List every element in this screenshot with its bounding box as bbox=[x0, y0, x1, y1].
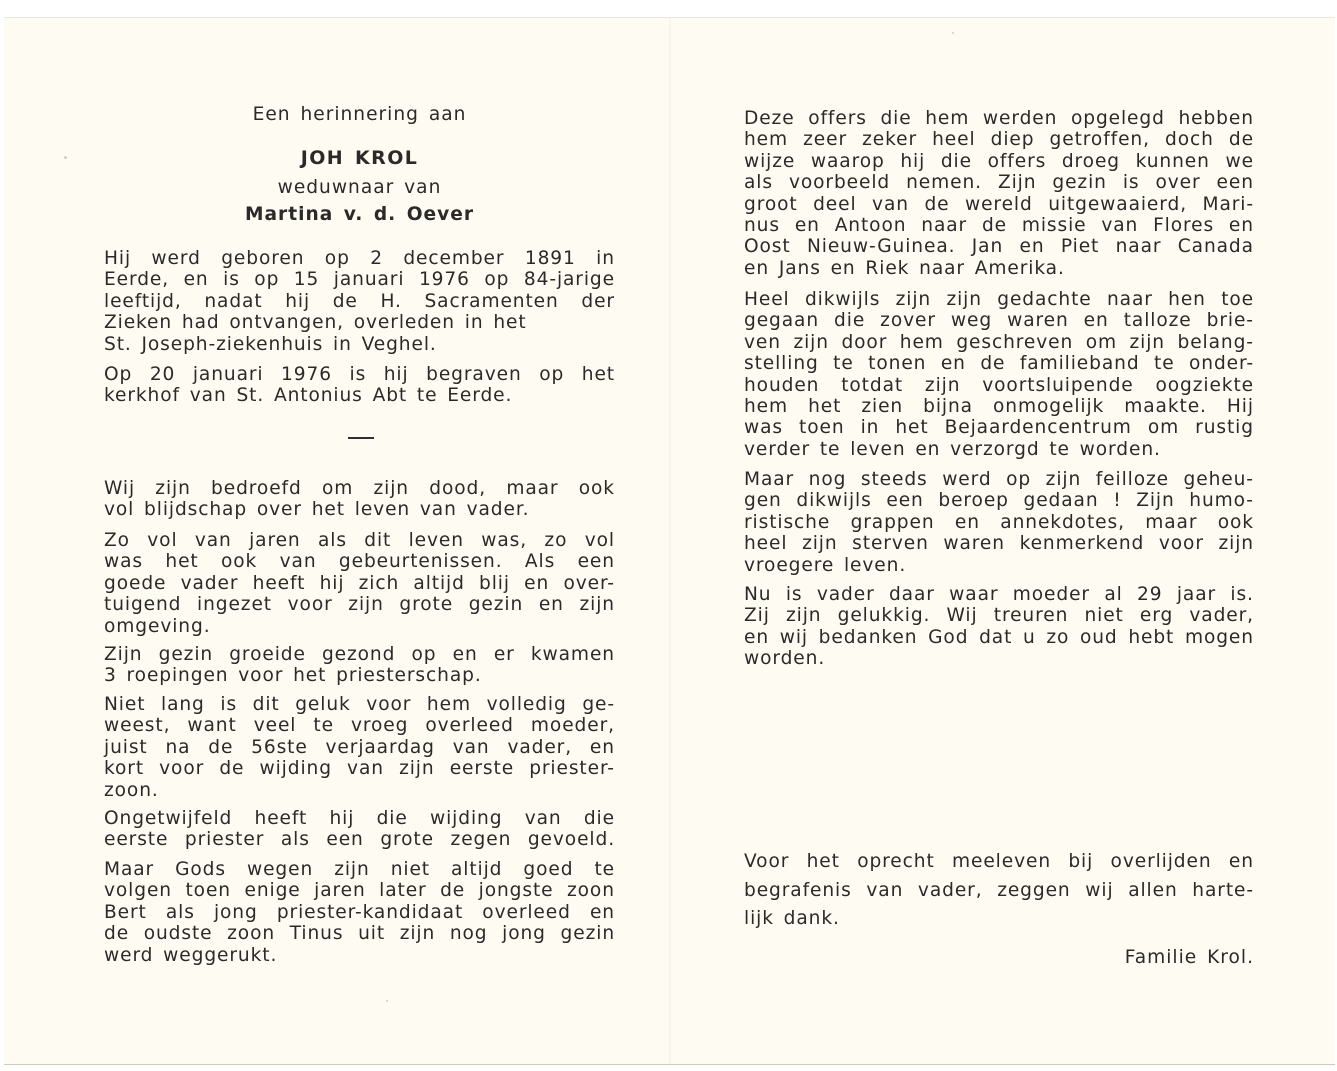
word: het bbox=[165, 551, 198, 572]
word: u bbox=[1023, 627, 1036, 648]
text-line: Voorhetoprechtmeelevenbijoverlijdenen bbox=[744, 848, 1254, 877]
word: over bbox=[1155, 172, 1200, 193]
word: hij bbox=[285, 291, 310, 312]
word: 29 bbox=[1137, 584, 1162, 605]
word: te bbox=[1154, 353, 1175, 374]
word: 84-jarige bbox=[524, 269, 615, 290]
text-line: verder te leven en verzorgd te worden. bbox=[744, 439, 1254, 460]
word: zeggen bbox=[997, 877, 1070, 906]
text-line: venzijndoorhemgeschrevenomzijnbelang- bbox=[744, 332, 1254, 353]
word: sterven bbox=[852, 533, 929, 554]
text-line: volgentoenenigejarenlaterdejongstezoon bbox=[104, 880, 615, 901]
word: altijd bbox=[451, 859, 502, 880]
word: gezin bbox=[561, 923, 615, 944]
word: diep bbox=[991, 129, 1035, 150]
text-line: stellingtetonenendefamiliebandteonder- bbox=[744, 353, 1254, 374]
word: gedaan bbox=[1024, 490, 1099, 511]
word: en bbox=[941, 353, 966, 374]
word: toen bbox=[185, 880, 231, 901]
word: voor bbox=[288, 594, 333, 615]
word: en bbox=[1020, 236, 1045, 257]
text-line: leeftijd,nadathijdeH.Sacramentender bbox=[104, 291, 615, 312]
word: zich bbox=[359, 573, 400, 594]
word: hebben bbox=[1178, 108, 1253, 129]
word: als bbox=[744, 172, 773, 193]
word: houden bbox=[744, 375, 819, 396]
word: zijn bbox=[786, 605, 821, 626]
word: dikwijls bbox=[796, 490, 871, 511]
word: de bbox=[982, 215, 1007, 236]
word: kenmerkend bbox=[1020, 533, 1145, 554]
word: en bbox=[453, 644, 478, 665]
word: zegen bbox=[451, 829, 512, 850]
word: om bbox=[322, 478, 353, 499]
word: Als bbox=[525, 551, 555, 572]
word: en bbox=[955, 512, 980, 533]
word: jongste bbox=[479, 880, 554, 901]
word: voorbeeld bbox=[789, 172, 890, 193]
word: treuren bbox=[994, 605, 1069, 626]
word: hij bbox=[900, 151, 925, 172]
word: volledig bbox=[487, 694, 567, 715]
word: zover bbox=[880, 310, 936, 331]
word: oogziekte bbox=[1155, 375, 1254, 396]
word: nus bbox=[744, 215, 780, 236]
word: de bbox=[1229, 129, 1254, 150]
word: bedanken bbox=[819, 627, 918, 648]
word: onder- bbox=[1189, 353, 1254, 374]
word: geheu- bbox=[1184, 469, 1254, 490]
word: de bbox=[219, 758, 244, 779]
text-line: tuigendingezetvoorzijngrotegezinenzijn bbox=[104, 594, 615, 615]
word: zijn bbox=[1130, 332, 1165, 353]
word: Hij bbox=[104, 248, 131, 269]
text-line: worden. bbox=[744, 648, 1254, 669]
word: Bejaardencentrum bbox=[945, 417, 1132, 438]
word: zijn bbox=[348, 594, 383, 615]
text-line: heelzijnstervenwarenkenmerkendvoorzijn bbox=[744, 533, 1254, 554]
thanks-paragraph: Voorhetoprechtmeelevenbijoverlijdenenbeg… bbox=[744, 848, 1254, 934]
word: zijn bbox=[896, 289, 931, 310]
word: hem bbox=[744, 396, 788, 417]
word: 20 bbox=[150, 364, 175, 385]
word: Antoon bbox=[835, 215, 907, 236]
text-line: gendikwijlseenberoepgedaan!Zijnhumo- bbox=[744, 490, 1254, 511]
full-life-paragraph: Zovolvanjarenalsditlevenwas,zovolwasheto… bbox=[104, 530, 615, 637]
word: vol bbox=[147, 530, 177, 551]
text-line: hemzeerzekerheeldiepgetroffen,dochde bbox=[744, 129, 1254, 150]
word: weg bbox=[951, 310, 992, 331]
word: wereld bbox=[965, 194, 1033, 215]
text-line: OostNieuw-Guinea.JanenPietnaarCanada bbox=[744, 236, 1254, 257]
word: zijn bbox=[334, 859, 369, 880]
word: Niet bbox=[104, 694, 145, 715]
word: Piet bbox=[1061, 236, 1099, 257]
word: goed bbox=[523, 859, 573, 880]
word: bedroefd bbox=[211, 478, 302, 499]
word: Eerde, bbox=[104, 269, 169, 290]
word: een bbox=[326, 829, 363, 850]
word: later bbox=[379, 880, 426, 901]
word: nadat bbox=[204, 291, 262, 312]
word: geluk bbox=[295, 694, 350, 715]
word: het bbox=[808, 396, 841, 417]
word: dat bbox=[979, 627, 1012, 648]
text-line: St. Joseph-ziekenhuis in Veghel. bbox=[104, 334, 615, 355]
word: wegen bbox=[247, 859, 313, 880]
word: geboren bbox=[221, 248, 304, 269]
word: maar bbox=[506, 478, 558, 499]
word: vader bbox=[181, 573, 239, 594]
word: 1891 bbox=[525, 248, 576, 269]
word: hem bbox=[925, 108, 969, 129]
word: talloze bbox=[1124, 310, 1192, 331]
word: die bbox=[377, 808, 408, 829]
word: voortsluipende bbox=[982, 375, 1133, 396]
text-line: weest,wantveeltevroegoverleedmoeder, bbox=[104, 715, 615, 736]
word: humo- bbox=[1189, 490, 1254, 511]
family-signature: Familie Krol. bbox=[1125, 947, 1254, 968]
word: zijn bbox=[1219, 533, 1254, 554]
word: wijding bbox=[430, 808, 502, 829]
word: hij bbox=[384, 364, 409, 385]
word: enige bbox=[244, 880, 300, 901]
word: de bbox=[924, 194, 949, 215]
word: kunnen bbox=[1136, 151, 1210, 172]
paper-speck bbox=[952, 32, 954, 34]
word: waren bbox=[943, 533, 1005, 554]
text-line: enwijbedankenGoddatuzooudhebtmogen bbox=[744, 627, 1254, 648]
word: priester bbox=[185, 829, 264, 850]
word: wijze bbox=[744, 151, 795, 172]
word: der bbox=[581, 291, 615, 312]
word: vader, bbox=[1189, 605, 1254, 626]
word: is. bbox=[1230, 584, 1253, 605]
word: werd bbox=[942, 469, 991, 490]
text-line: omgeving. bbox=[104, 616, 615, 637]
text-line: Zovolvanjarenalsditlevenwas,zovol bbox=[104, 530, 615, 551]
word: 1976 bbox=[419, 269, 470, 290]
word: Hij bbox=[1227, 396, 1254, 417]
word: om bbox=[1148, 417, 1179, 438]
word: die bbox=[941, 151, 972, 172]
word: veel bbox=[254, 715, 297, 736]
word: gezin bbox=[1052, 172, 1106, 193]
text-line: grootdeelvandewerelduitgewaaierd,Mari- bbox=[744, 194, 1254, 215]
word: en bbox=[744, 627, 769, 648]
text-line: werd weggerukt. bbox=[104, 945, 615, 966]
mother-death-paragraph: Nietlangisditgelukvoorhemvolledigge-wees… bbox=[104, 694, 615, 801]
word: nog bbox=[450, 923, 488, 944]
word: van bbox=[1101, 215, 1138, 236]
word: en bbox=[539, 594, 564, 615]
text-line: 3 roepingen voor het priesterschap. bbox=[104, 665, 615, 686]
word: groeide bbox=[229, 644, 306, 665]
word: zeker bbox=[862, 129, 917, 150]
word: ge- bbox=[582, 694, 615, 715]
text-line: juistnade56steverjaardagvanvader,en bbox=[104, 737, 615, 758]
word: kort bbox=[104, 758, 144, 779]
text-line: houdentotdatzijnvoortsluipendeoogziekte bbox=[744, 375, 1254, 396]
word: Nu bbox=[744, 584, 772, 605]
word: Voor bbox=[744, 848, 789, 877]
word: zijn bbox=[374, 478, 409, 499]
word: van bbox=[872, 194, 909, 215]
word: tonen bbox=[868, 353, 926, 374]
word: bij bbox=[1068, 848, 1093, 877]
word: er bbox=[494, 644, 515, 665]
word: moeder bbox=[1013, 584, 1090, 605]
word: zijn bbox=[925, 375, 960, 396]
word: dit bbox=[364, 530, 391, 551]
word: en bbox=[1084, 310, 1109, 331]
word: op bbox=[411, 644, 436, 665]
word: grote bbox=[399, 594, 453, 615]
word: Canada bbox=[1178, 236, 1254, 257]
word: Mari- bbox=[1203, 194, 1254, 215]
word: wijding bbox=[260, 758, 332, 779]
word: waarop bbox=[811, 151, 885, 172]
word: priester-kandidaat bbox=[277, 902, 463, 923]
word: Zijn bbox=[998, 172, 1036, 193]
word: zijn bbox=[793, 332, 828, 353]
word: januari bbox=[193, 364, 264, 385]
word: God bbox=[928, 627, 968, 648]
word: Oost bbox=[744, 236, 791, 257]
word: over- bbox=[563, 573, 614, 594]
burial-paragraph: Op20januari1976ishijbegravenophetkerkhof… bbox=[104, 364, 615, 407]
word: die bbox=[880, 108, 911, 129]
word: heeft bbox=[255, 808, 308, 829]
word: wij bbox=[1085, 877, 1113, 906]
word: Wij bbox=[104, 478, 135, 499]
word: leeftijd, bbox=[104, 291, 182, 312]
word: Zo bbox=[104, 530, 130, 551]
word: oprecht bbox=[857, 848, 934, 877]
word: grappen bbox=[851, 512, 935, 533]
word: naar bbox=[1107, 289, 1153, 310]
word: maakte. bbox=[1124, 396, 1207, 417]
word: begraven bbox=[426, 364, 522, 385]
word: januari bbox=[334, 269, 405, 290]
word: een bbox=[1217, 172, 1254, 193]
text-line: Nietlangisditgelukvoorhemvolledigge- bbox=[104, 694, 615, 715]
word: Op bbox=[104, 364, 132, 385]
word: zoon bbox=[567, 880, 615, 901]
word: heeft bbox=[253, 573, 306, 594]
word: moeder, bbox=[531, 715, 615, 736]
word: 15 bbox=[294, 269, 319, 290]
word: toen bbox=[799, 417, 845, 438]
word: de bbox=[980, 353, 1005, 374]
word: Maar bbox=[744, 469, 794, 490]
word: een bbox=[886, 490, 923, 511]
word: vader, bbox=[918, 877, 983, 906]
word: offers bbox=[808, 108, 867, 129]
word: gezin bbox=[469, 594, 523, 615]
text-line: begrafenisvanvader,zeggenwijallenharte- bbox=[744, 877, 1254, 906]
word: jaren bbox=[249, 530, 301, 551]
text-line: MaarGodswegenzijnnietaltijdgoedte bbox=[104, 859, 615, 880]
word: al bbox=[1104, 584, 1122, 605]
word: zo bbox=[544, 530, 567, 551]
word: zo bbox=[1046, 627, 1069, 648]
text-line: Bertalsjongpriester-kandidaatoverleeden bbox=[104, 902, 615, 923]
word: Sacramenten bbox=[424, 291, 558, 312]
word: voor bbox=[159, 758, 204, 779]
word: Nieuw-Guinea. bbox=[807, 236, 955, 257]
widower-label: weduwnaar van bbox=[104, 177, 615, 198]
word: jong bbox=[214, 902, 258, 923]
word: jaar bbox=[1177, 584, 1216, 605]
word: missie bbox=[1022, 215, 1087, 236]
word: was, bbox=[481, 530, 527, 551]
word: Zijn bbox=[104, 644, 142, 665]
word: hebt bbox=[1128, 627, 1174, 648]
deceased-name: JOH KROL bbox=[104, 147, 615, 169]
word: meeleven bbox=[952, 848, 1051, 877]
text-line: Zijngezingroeidegezondopenerkwamen bbox=[104, 644, 615, 665]
text-line: en Jans en Riek naar Amerika. bbox=[744, 258, 1254, 279]
word: een bbox=[578, 551, 615, 572]
word: feilloze bbox=[1096, 469, 1169, 490]
word: en bbox=[590, 737, 615, 758]
word: Gods bbox=[175, 859, 226, 880]
word: eerste bbox=[104, 829, 168, 850]
word: als bbox=[318, 530, 347, 551]
word: we bbox=[1225, 151, 1253, 172]
word: op bbox=[1006, 469, 1031, 490]
word: werden bbox=[983, 108, 1057, 129]
word: mogen bbox=[1185, 627, 1254, 648]
word: 2 bbox=[370, 248, 383, 269]
ordination-paragraph: Ongetwijfeldheefthijdiewijdingvandieeers… bbox=[104, 808, 615, 851]
word: het bbox=[807, 848, 840, 877]
word: om bbox=[1086, 332, 1117, 353]
letters-paragraph: Heeldikwijlszijnzijngedachtenaarhentoege… bbox=[744, 289, 1254, 460]
word: kwamen bbox=[531, 644, 615, 665]
word: was bbox=[104, 551, 143, 572]
word: uitgewaaierd, bbox=[1048, 194, 1187, 215]
word: jong bbox=[502, 923, 546, 944]
sacrifices-paragraph: Dezeoffersdiehemwerdenopgelegdhebbenhemz… bbox=[744, 108, 1254, 279]
word: en bbox=[524, 573, 549, 594]
word: hij bbox=[330, 808, 355, 829]
text-line: Eerde,enisop15januari1976op84-jarige bbox=[104, 269, 615, 290]
word: familieband bbox=[1020, 353, 1140, 374]
word: Deze bbox=[744, 108, 795, 129]
word: 1976 bbox=[281, 364, 332, 385]
text-line: vroegere leven. bbox=[744, 555, 1254, 576]
memory-paragraph: Maarnogsteedswerdopzijnfeillozegeheu-gen… bbox=[744, 469, 1254, 576]
word: zeer bbox=[803, 129, 847, 150]
word: van bbox=[525, 808, 562, 829]
text-line: Op20januari1976ishijbegravenophet bbox=[104, 364, 615, 385]
word: hem bbox=[744, 129, 788, 150]
word: waren bbox=[1007, 310, 1069, 331]
intro-heading: Een herinnering aan bbox=[104, 104, 615, 125]
word: blij bbox=[479, 573, 510, 594]
word: Maar bbox=[104, 859, 154, 880]
word: de bbox=[104, 923, 129, 944]
word: dit bbox=[253, 694, 280, 715]
word: vader, bbox=[507, 737, 572, 758]
word: goede bbox=[104, 573, 166, 594]
word: als bbox=[166, 902, 195, 923]
word: overleed bbox=[425, 715, 514, 736]
word: onmogelijk bbox=[993, 396, 1104, 417]
word: en bbox=[184, 269, 209, 290]
word: zijn bbox=[155, 478, 190, 499]
paper-speck bbox=[64, 156, 67, 159]
vocations-paragraph: Zijngezingroeidegezondopenerkwamen3 roep… bbox=[104, 644, 615, 687]
word: niet bbox=[391, 859, 430, 880]
text-line: eerstepriesteralseengrotezegengevoeld. bbox=[104, 829, 615, 850]
word: was bbox=[744, 417, 783, 438]
word: zijn bbox=[946, 289, 981, 310]
word: begrafenis bbox=[744, 877, 852, 906]
word: Jan bbox=[972, 236, 1003, 257]
word: offers bbox=[988, 151, 1047, 172]
word: van bbox=[195, 530, 232, 551]
word: altijd bbox=[413, 573, 464, 594]
word: ven bbox=[744, 332, 781, 353]
word: Ongetwijfeld bbox=[104, 808, 232, 829]
word: na bbox=[165, 737, 190, 758]
word: werd bbox=[151, 248, 200, 269]
word: hen bbox=[1168, 289, 1206, 310]
word: groot bbox=[744, 194, 798, 215]
word: in bbox=[596, 248, 615, 269]
card-fold bbox=[669, 18, 671, 1064]
word: te bbox=[313, 715, 334, 736]
word: van bbox=[453, 737, 490, 758]
word: gelukkig. bbox=[838, 605, 931, 626]
word: de bbox=[440, 880, 465, 901]
word: hem bbox=[427, 694, 471, 715]
text-line: alsvoorbeeldnemen.Zijngezinisovereen bbox=[744, 172, 1254, 193]
text-line: ristischegrappenenannekdotes,maarook bbox=[744, 512, 1254, 533]
word: de bbox=[208, 737, 233, 758]
word: zien bbox=[861, 396, 903, 417]
sons-death-paragraph: MaarGodswegenzijnnietaltijdgoedtevolgent… bbox=[104, 859, 615, 966]
word: eerste bbox=[450, 758, 514, 779]
word: maar bbox=[1145, 512, 1197, 533]
word: bijna bbox=[923, 396, 973, 417]
word: december bbox=[403, 248, 504, 269]
word: naar bbox=[1116, 236, 1162, 257]
word: Zij bbox=[744, 605, 770, 626]
word: gedachte bbox=[997, 289, 1091, 310]
word: tuigend bbox=[104, 594, 181, 615]
word: Tinus bbox=[290, 923, 344, 944]
word: is bbox=[786, 584, 803, 605]
word: zijn bbox=[579, 594, 614, 615]
word: Flores bbox=[1153, 215, 1214, 236]
word: op bbox=[325, 248, 350, 269]
word: beroep bbox=[938, 490, 1009, 511]
section-divider bbox=[348, 437, 374, 439]
grief-paragraph: Wijzijnbedroefdomzijndood,maarookvol bli… bbox=[104, 478, 615, 521]
word: als bbox=[281, 829, 310, 850]
text-line: zoon. bbox=[104, 780, 615, 801]
word: te bbox=[594, 859, 615, 880]
word: gezond bbox=[322, 644, 395, 665]
word: waar bbox=[949, 584, 998, 605]
word: Zijn bbox=[1136, 490, 1174, 511]
word: hij bbox=[320, 573, 345, 594]
text-line: wijzewaarophijdieoffersdroegkunnenwe bbox=[744, 151, 1254, 172]
